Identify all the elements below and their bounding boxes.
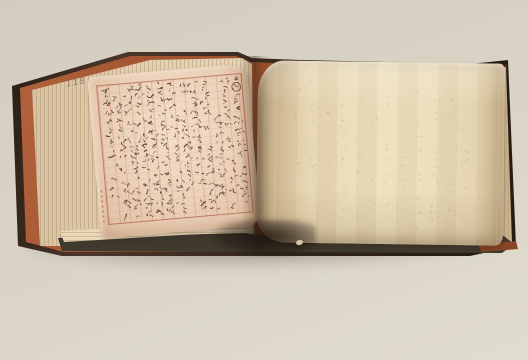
ruled-grid-frame (96, 73, 254, 225)
right-blank-page (256, 60, 506, 245)
handwriting-svg (97, 74, 252, 224)
left-manuscript-page (87, 63, 261, 238)
showthrough-svg (286, 75, 478, 236)
gutter-bottom-shadow (212, 220, 316, 256)
photo-scene: 118 (0, 0, 528, 360)
red-margin-marks (100, 190, 105, 222)
